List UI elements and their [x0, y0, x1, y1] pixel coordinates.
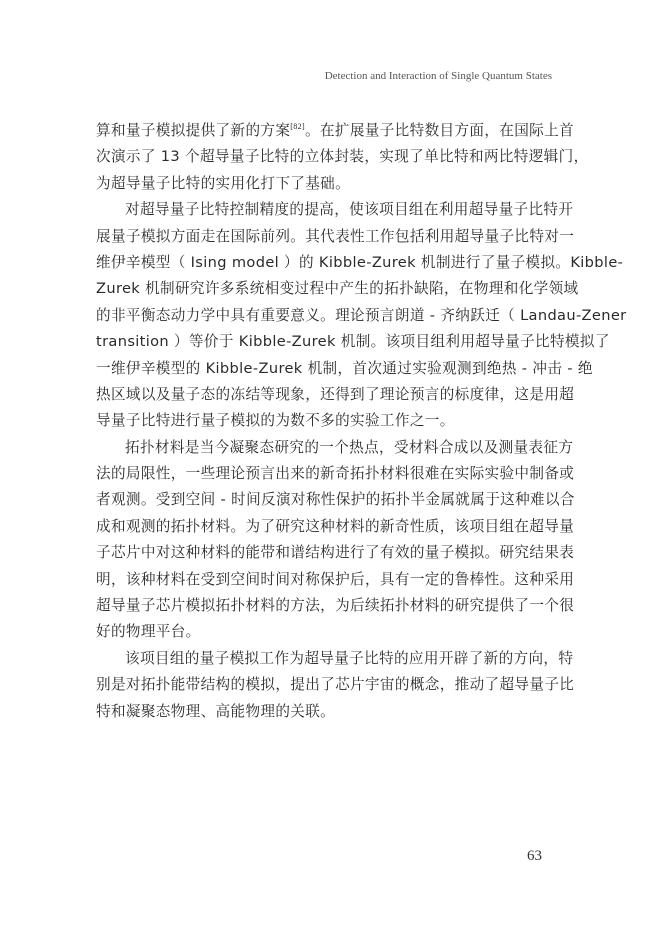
- text-line: 别是对拓扑能带结构的模拟，提出了芯片宇宙的概念，推动了超导量子比: [96, 672, 554, 698]
- body-text: 算和量子模拟提供了新的方案[82]。在扩展量子比特数目方面，在国际上首 次演示了…: [96, 118, 554, 725]
- text-line: 导量子比特进行量子模拟的为数不多的实验工作之一。: [96, 408, 554, 434]
- text-segment: 算和量子模拟提供了新的方案: [96, 122, 290, 139]
- text-line: Zurek 机制研究许多系统相变过程中产生的拓扑缺陷，在物理和化学领域: [96, 276, 554, 302]
- paragraph: 该项目组的量子模拟工作为超导量子比特的应用开辟了新的方向，特 别是对拓扑能带结构…: [96, 646, 554, 725]
- citation-reference[interactable]: [82]: [290, 122, 305, 131]
- text-line: 的非平衡态动力学中具有重要意义。理论预言朗道 - 齐纳跃迁（ Landau-Ze…: [96, 303, 554, 329]
- text-line: 对超导量子比特控制精度的提高，使该项目组在利用超导量子比特开: [96, 197, 554, 223]
- paragraph: 算和量子模拟提供了新的方案[82]。在扩展量子比特数目方面，在国际上首 次演示了…: [96, 118, 554, 197]
- text-line: 特和凝聚态物理、高能物理的关联。: [96, 699, 554, 725]
- text-line: 明，该种材料在受到空间时间对称保护后，具有一定的鲁棒性。这种采用: [96, 567, 554, 593]
- text-line: 算和量子模拟提供了新的方案[82]。在扩展量子比特数目方面，在国际上首: [96, 118, 554, 144]
- text-line: 该项目组的量子模拟工作为超导量子比特的应用开辟了新的方向，特: [96, 646, 554, 672]
- text-line: transition ）等价于 Kibble-Zurek 机制。该项目组利用超导…: [96, 329, 554, 355]
- text-line: 好的物理平台。: [96, 619, 554, 645]
- text-line: 超导量子芯片模拟拓扑材料的方法，为后续拓扑材料的研究提供了一个很: [96, 593, 554, 619]
- text-line: 展量子模拟方面走在国际前列。其代表性工作包括利用超导量子比特对一: [96, 224, 554, 250]
- text-line: 法的局限性，一些理论预言出来的新奇拓扑材料很难在实际实验中制备或: [96, 461, 554, 487]
- page-number: 63: [527, 848, 542, 865]
- text-segment: 。在扩展量子比特数目方面，在国际上首: [305, 122, 574, 139]
- text-line: 者观测。受到空间 - 时间反演对称性保护的拓扑半金属就属于这种难以合: [96, 487, 554, 513]
- paragraph: 拓扑材料是当今凝聚态研究的一个热点，受材料合成以及测量表征方 法的局限性，一些理…: [96, 435, 554, 646]
- running-header: Detection and Interaction of Single Quan…: [325, 70, 552, 82]
- text-line: 拓扑材料是当今凝聚态研究的一个热点，受材料合成以及测量表征方: [96, 435, 554, 461]
- text-line: 一维伊辛模型的 Kibble-Zurek 机制，首次通过实验观测到绝热 - 冲击…: [96, 356, 554, 382]
- paragraph: 对超导量子比特控制精度的提高，使该项目组在利用超导量子比特开 展量子模拟方面走在…: [96, 197, 554, 435]
- text-line: 热区域以及量子态的冻结等现象，还得到了理论预言的标度律，这是用超: [96, 382, 554, 408]
- text-line: 子芯片中对这种材料的能带和谱结构进行了有效的量子模拟。研究结果表: [96, 540, 554, 566]
- text-line: 成和观测的拓扑材料。为了研究这种材料的新奇性质，该项目组在超导量: [96, 514, 554, 540]
- text-line: 次演示了 13 个超导量子比特的立体封装，实现了单比特和两比特逻辑门，: [96, 144, 554, 170]
- text-line: 为超导量子比特的实用化打下了基础。: [96, 171, 554, 197]
- text-line: 维伊辛模型（ Ising model ）的 Kibble-Zurek 机制进行了…: [96, 250, 554, 276]
